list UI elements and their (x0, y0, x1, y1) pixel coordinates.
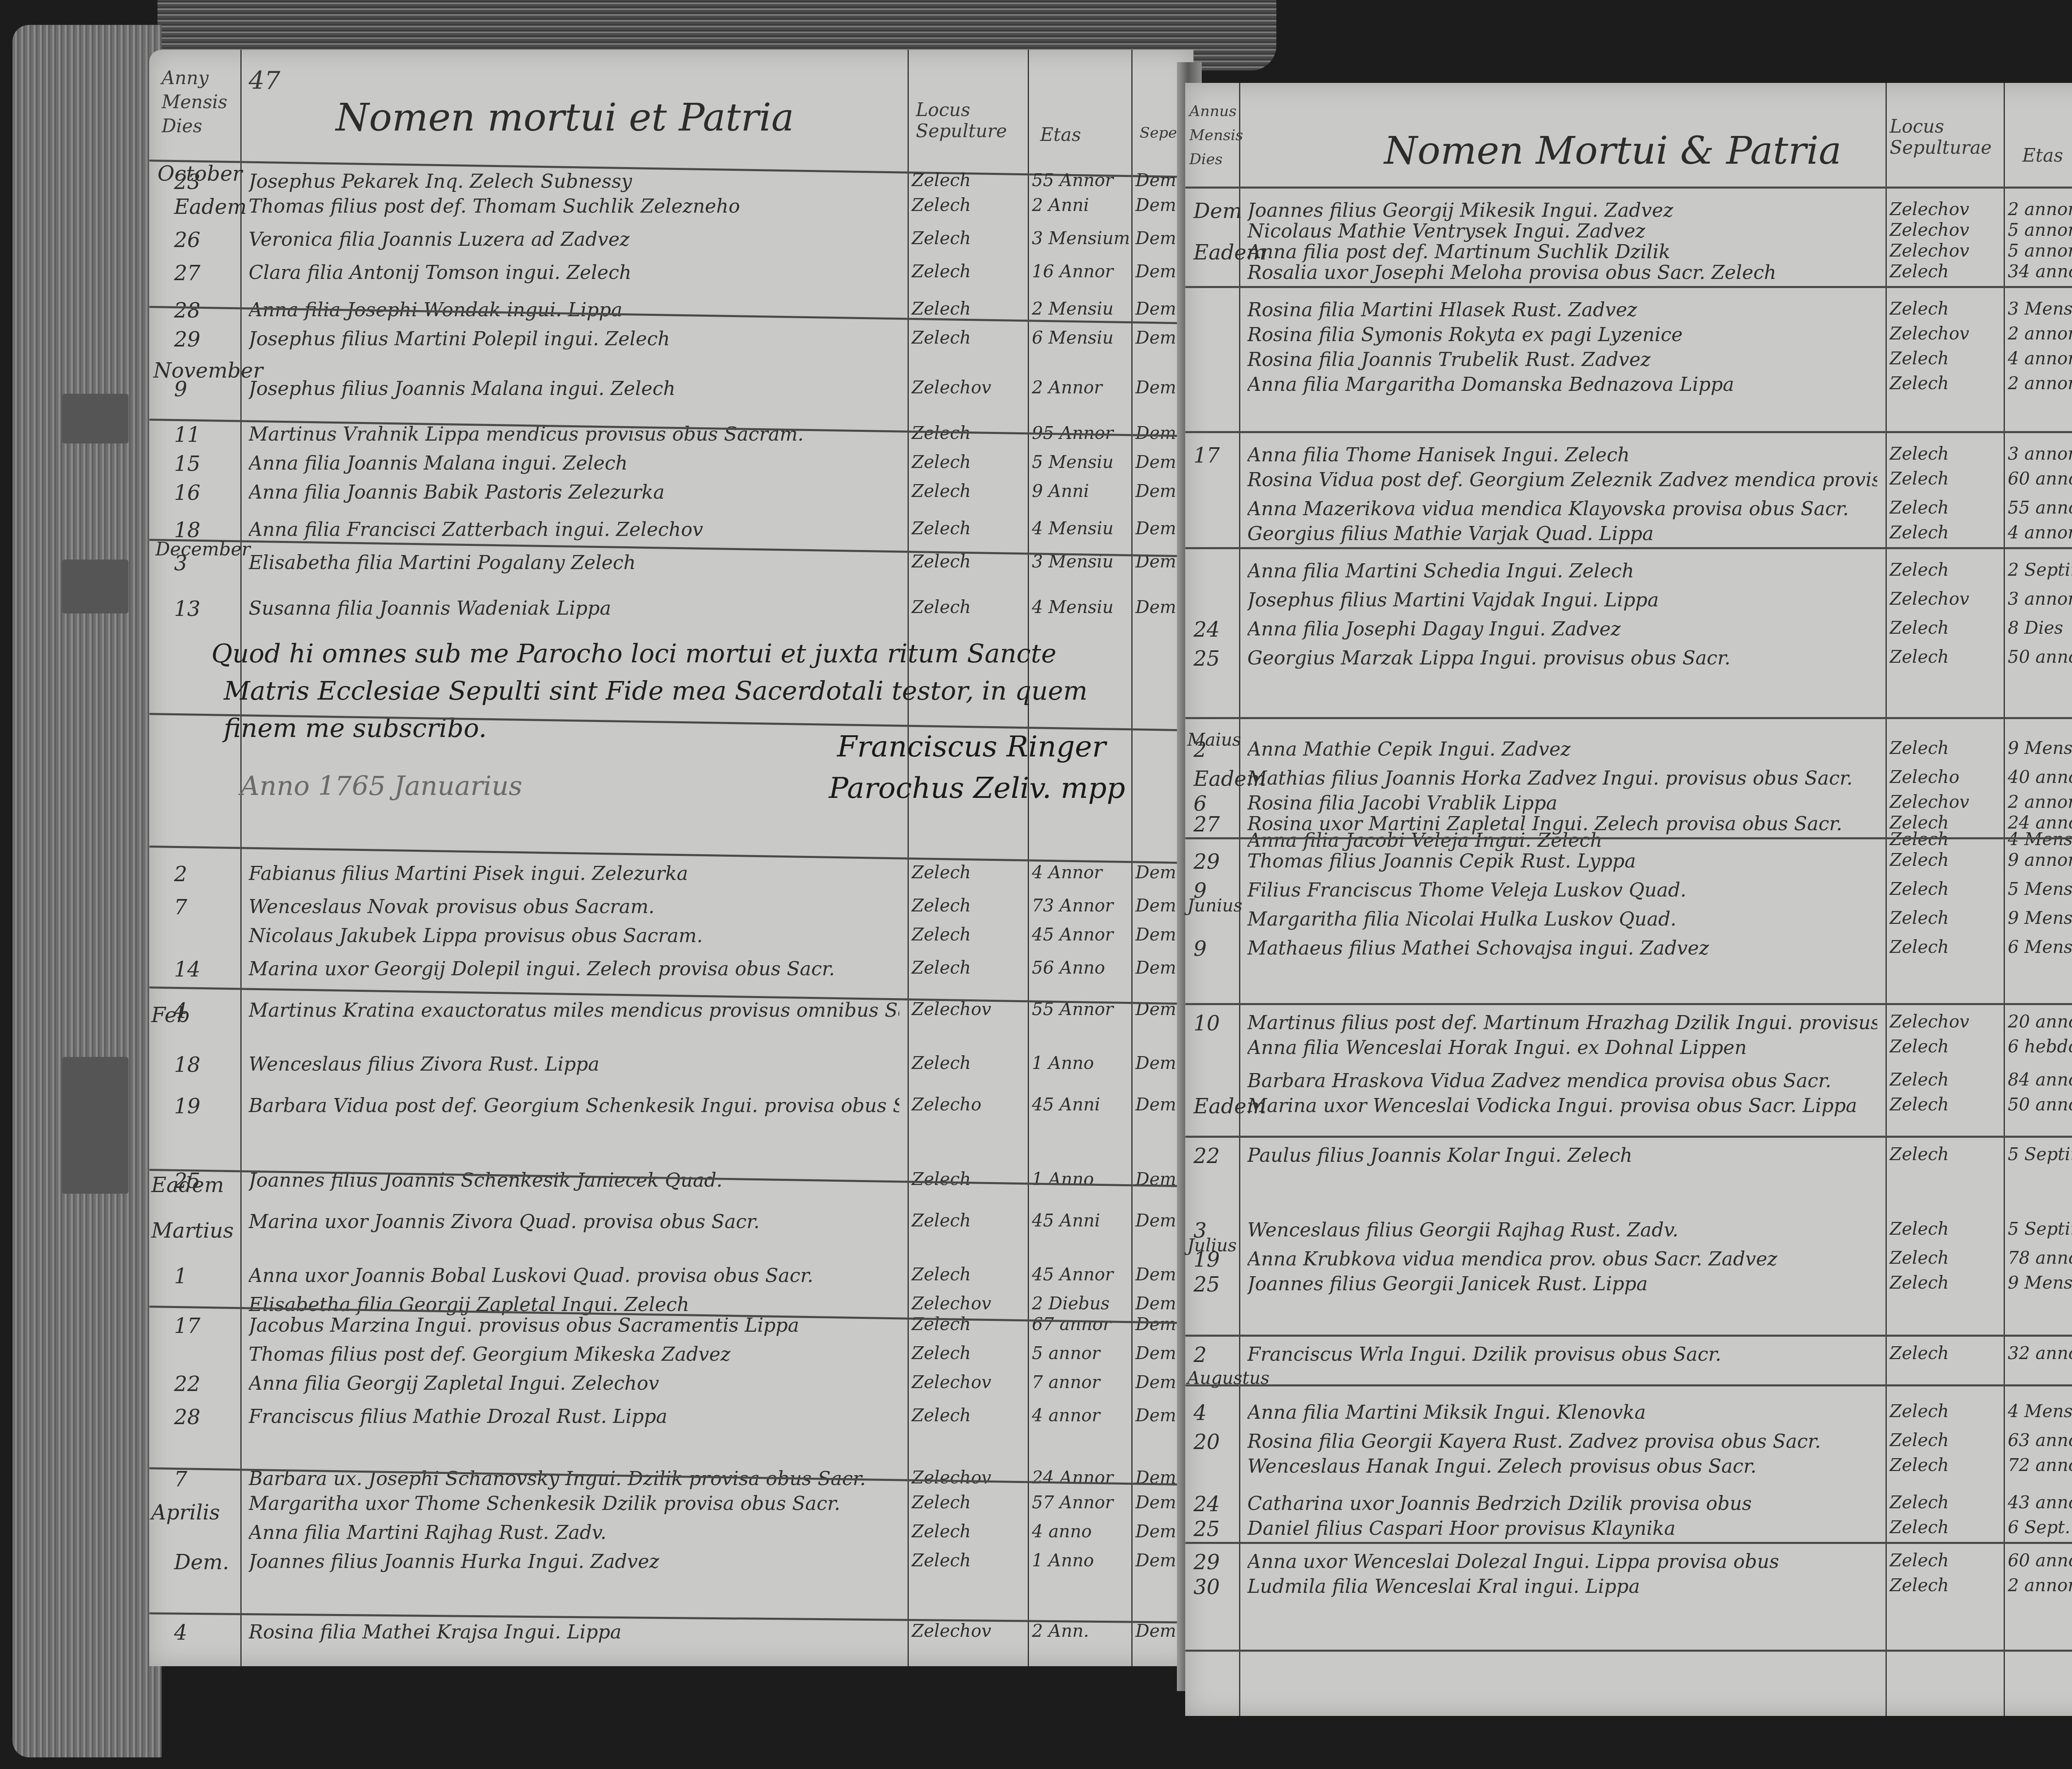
entry-age: 2 Mensiu (1032, 298, 1113, 319)
month-label: December (155, 539, 250, 560)
entry-name-and-origin: Anna uxor Wenceslai Dolezal Ingui. Lippa… (1247, 1550, 1779, 1573)
entry-burial-place: Zelech (912, 1314, 971, 1334)
entry-buried-by: Dem (1135, 261, 1176, 281)
entry-age: 5 Septim. (2008, 1219, 2072, 1239)
entry-name-and-origin: Rosina filia Symonis Rokyta ex pagi Lyze… (1247, 323, 1683, 346)
entry-day: 13 (174, 597, 201, 621)
entry-age: 60 annor (2008, 468, 2072, 489)
row-divider (1185, 1650, 2072, 1652)
entry-burial-place: Zelech (912, 597, 971, 617)
entry-name-and-origin: Marina uxor Wenceslai Vodicka Ingui. pro… (1247, 1094, 1857, 1117)
month-label: Eadem (151, 1173, 224, 1197)
entry-buried-by: Dem (1135, 1094, 1176, 1115)
entry-name-and-origin: Josephus Pekarek Inq. Zelech Subnessy (249, 170, 632, 192)
entry-age: 9 Mensium (2008, 738, 2072, 758)
entry-age: 67 annor (1032, 1314, 1111, 1334)
entry-burial-place: Zelech (912, 1521, 971, 1541)
entry-burial-place: Zelech (1890, 497, 1949, 518)
entry-burial-place: Zelech (912, 551, 971, 572)
entry-buried-by: Dem (1135, 1314, 1176, 1334)
header-day: Dies (162, 114, 228, 138)
entry-burial-place: Zelechov (912, 1467, 991, 1488)
entry-burial-place: Zelech (1890, 1430, 1949, 1450)
entry-burial-place: Zelech (1890, 1036, 1949, 1057)
entry-age: 1 Anno (1032, 1053, 1094, 1073)
entry-day: 15 (174, 452, 201, 476)
entry-name-and-origin: Veronica filia Joannis Luzera ad Zadvez (249, 228, 629, 250)
entry-age: 5 Mensiu (1032, 452, 1113, 472)
entry-buried-by: Dem (1135, 195, 1176, 215)
entry-age: 2 Diebus (1032, 1293, 1110, 1313)
entry-burial-place: Zelechov (1890, 199, 1969, 219)
entry-name-and-origin: Filius Franciscus Thome Veleja Luskov Qu… (1247, 879, 1686, 901)
priest-signature-title: Parochus Zeliv. mpp (829, 771, 1125, 805)
entry-age: 1 Anno (1032, 1169, 1094, 1189)
entry-name-and-origin: Nicolaus Jakubek Lippa provisus obus Sac… (249, 924, 703, 947)
entry-name-and-origin: Rosina filia Martini Hlasek Rust. Zadvez (1247, 298, 1637, 321)
entry-age: 2 Annor (1032, 377, 1102, 397)
entry-name-and-origin: Barbara Hraskova Vidua Zadvez mendica pr… (1247, 1069, 1831, 1092)
entry-day: 29 (1193, 1550, 1220, 1574)
year-heading: Anno 1765 Januarius (240, 771, 522, 802)
entry-day: 25 (1193, 1517, 1220, 1541)
entry-day: 1 (174, 1264, 187, 1288)
entry-day: 22 (1193, 1144, 1220, 1168)
entry-buried-by: Dem (1135, 1343, 1176, 1363)
entry-burial-place: Zelech (1890, 348, 1949, 368)
entry-name-and-origin: Anna filia Joannis Malana ingui. Zelech (249, 452, 628, 474)
entry-age: 45 Anni (1032, 1094, 1100, 1115)
entry-name-and-origin: Anna filia Joannis Babik Pastoris Zelezu… (249, 481, 665, 503)
entry-day: 17 (174, 1314, 201, 1338)
date-column-header: Anny Mensis Dies (162, 66, 228, 138)
date-column-header: Annus Mensis Dies (1189, 99, 1243, 172)
entry-name-and-origin: Franciscus filius Mathie Drozal Rust. Li… (249, 1405, 668, 1427)
entry-day: 14 (174, 957, 201, 981)
entry-age: 2 annorum (2008, 199, 2072, 219)
entry-age: 6 Sept. (2008, 1517, 2070, 1537)
entry-age: 32 annor (2008, 1343, 2072, 1363)
entry-day: 16 (174, 481, 201, 505)
page-tab-marker (62, 560, 128, 613)
entry-burial-place: Zelech (912, 1405, 971, 1425)
entry-burial-place: Zelech (912, 895, 971, 916)
entry-day: 2 (174, 862, 187, 886)
entry-age: 34 annor (2008, 261, 2072, 281)
entry-name-and-origin: Clara filia Antonij Tomson ingui. Zelech (249, 261, 632, 284)
month-label: Junius (1187, 895, 1242, 916)
page-number: 47 (249, 66, 280, 95)
page-tab-marker (62, 1057, 128, 1194)
right-page: Annus Mensis Dies Nomen Mortui & Patria … (1185, 83, 2072, 1716)
entry-age: 50 annor (2008, 1094, 2072, 1115)
entry-burial-place: Zelech (912, 518, 971, 538)
entry-age: 43 annor (2008, 1492, 2072, 1512)
entry-buried-by: Dem (1135, 1492, 1176, 1512)
entry-burial-place: Zelech (912, 924, 971, 945)
entry-age: 2 annor (2008, 792, 2072, 812)
entry-name-and-origin: Anna filia Margaritha Domanska Bednazova… (1247, 373, 1734, 395)
page-edges-left (12, 25, 162, 1757)
age-column-rule (1028, 50, 1029, 1666)
entry-burial-place: Zelech (912, 452, 971, 472)
entry-name-and-origin: Barbara Vidua post def. Georgium Schenke… (249, 1094, 899, 1117)
date-column-rule (240, 50, 242, 1666)
entry-name-and-origin: Wenceslaus filius Zivora Rust. Lippa (249, 1053, 600, 1075)
entry-age: 4 Mensiu (1032, 597, 1113, 617)
entry-burial-place: Zelech (1890, 1401, 1949, 1421)
entry-age: 3 Mensium (2008, 298, 2072, 319)
entry-name-and-origin: Ludmila filia Wenceslai Kral ingui. Lipp… (1247, 1575, 1640, 1597)
month-label: Martius (151, 1219, 234, 1243)
entry-buried-by: Dem (1135, 1372, 1176, 1392)
entry-name-and-origin: Marina uxor Joannis Zivora Quad. provisa… (249, 1210, 760, 1233)
entry-buried-by: Dem (1135, 1550, 1176, 1570)
entry-day: Dem. (174, 1550, 229, 1574)
entry-day: 29 (1193, 850, 1220, 874)
age-column-header: Etas (2022, 145, 2063, 166)
entry-day: 7 (174, 1467, 187, 1491)
place-column-rule (1886, 83, 1887, 1716)
entry-name-and-origin: Thomas filius post def. Thomam Suchlik Z… (249, 195, 740, 217)
entry-burial-place: Zelech (1890, 261, 1949, 281)
entry-burial-place: Zelech (912, 1343, 971, 1363)
entry-name-and-origin: Rosina filia Georgii Kayera Rust. Zadvez… (1247, 1430, 1821, 1452)
entry-burial-place: Zelech (912, 1264, 971, 1284)
entry-age: 7 annor (1032, 1372, 1100, 1392)
entry-day: 28 (174, 298, 201, 322)
entry-age: 2 annor (2008, 323, 2072, 344)
page-title: Nomen Mortui & Patria (1384, 128, 1842, 173)
entry-burial-place: Zelech (1890, 1144, 1949, 1164)
entry-name-and-origin: Thomas filius post def. Georgium Mikeska… (249, 1343, 731, 1365)
entry-age: 2 annor (2008, 1575, 2072, 1595)
entry-burial-place: Zelech (1890, 443, 1949, 464)
entry-name-and-origin: Rosalia uxor Josephi Meloha provisa obus… (1247, 261, 1776, 284)
entry-name-and-origin: Anna filia Thome Hanisek Ingui. Zelech (1247, 443, 1630, 466)
header-year: Anny (162, 66, 228, 90)
entry-burial-place: Zelech (912, 1210, 971, 1231)
place-column-header: Locus Sepulture (916, 99, 1024, 142)
entry-burial-place: Zelech (912, 327, 971, 348)
entry-day: 25 (1193, 647, 1220, 671)
entry-buried-by: Dem (1135, 1210, 1176, 1231)
entry-day: 25 (1193, 1272, 1220, 1296)
entry-age: 24 Annor (1032, 1467, 1113, 1488)
entry-burial-place: Zelech (1890, 1219, 1949, 1239)
entry-name-and-origin: Rosina filia Mathei Krajsa Ingui. Lippa (249, 1621, 622, 1643)
register-book-spread: Anny Mensis Dies 47 Nomen mortui et Patr… (0, 0, 2072, 1769)
entry-age: 63 annor (2008, 1430, 2072, 1450)
entry-age: 45 Annor (1032, 924, 1113, 945)
entry-buried-by: Dem (1135, 862, 1176, 882)
entry-day: 11 (174, 423, 201, 447)
entry-name-and-origin: Georgius filius Mathie Varjak Quad. Lipp… (1247, 522, 1653, 545)
entry-name-and-origin: Marina uxor Georgij Dolepil ingui. Zelec… (249, 957, 835, 980)
entry-burial-place: Zelech (912, 261, 971, 281)
entry-burial-place: Zelech (1890, 618, 1949, 638)
entry-day: 10 (1193, 1011, 1220, 1035)
entry-name-and-origin: Daniel filius Caspari Hoor provisus Klay… (1247, 1517, 1675, 1539)
entry-burial-place: Zelech (912, 1053, 971, 1073)
entry-name-and-origin: Thomas filius Joannis Cepik Rust. Lyppa (1247, 850, 1636, 872)
certification-line-1: Quod hi omnes sub me Parocho loci mortui… (211, 638, 1056, 669)
entry-burial-place: Zelech (1890, 522, 1949, 543)
entry-age: 5 annor (1032, 1343, 1100, 1363)
entry-burial-place: Zelechov (1890, 1011, 1969, 1032)
entry-name-and-origin: Anna filia post def. Martinum Suchlik Dz… (1247, 240, 1670, 263)
entry-age: 16 Annor (1032, 261, 1113, 281)
entry-burial-place: Zelech (1890, 1455, 1949, 1475)
entry-burial-place: Zelechov (912, 1293, 991, 1313)
entry-buried-by: Dem (1135, 518, 1176, 538)
entry-name-and-origin: Anna Mazerikova vidua mendica Klayovska … (1247, 497, 1849, 520)
entry-name-and-origin: Josephus filius Martini Polepil ingui. Z… (249, 327, 670, 350)
entry-age: 3 annor (2008, 443, 2072, 464)
entry-burial-place: Zelechov (1890, 589, 1969, 609)
entry-age: 4 Mensiu (1032, 518, 1113, 538)
entry-name-and-origin: Anna filia Martini Rajhag Rust. Zadv. (249, 1521, 606, 1544)
entry-name-and-origin: Anna filia Georgij Zapletal Ingui. Zelec… (249, 1372, 659, 1394)
entry-age: 8 Dies (2008, 618, 2063, 638)
entry-burial-place: Zelech (912, 1550, 971, 1570)
entry-burial-place: Zelech (1890, 560, 1949, 580)
entry-burial-place: Zelech (1890, 1069, 1949, 1090)
entry-name-and-origin: Anna Mathie Cepik Ingui. Zadvez (1247, 738, 1571, 760)
entry-name-and-origin: Margaritha uxor Thome Schenkesik Dzilik … (249, 1492, 840, 1515)
entry-day: 22 (174, 1372, 201, 1396)
entry-burial-place: Zelech (1890, 647, 1949, 667)
entry-burial-place: Zelech (912, 170, 971, 190)
entry-buried-by: Dem (1135, 298, 1176, 319)
row-divider (1185, 717, 2072, 719)
header-month: Mensis (162, 90, 228, 114)
header-day: Dies (1189, 148, 1243, 172)
entry-name-and-origin: Jacobus Marzina Ingui. provisus obus Sac… (249, 1314, 799, 1336)
entry-name-and-origin: Joannes filius Georgij Mikesik Ingui. Za… (1247, 199, 1673, 221)
entry-buried-by: Dem (1135, 170, 1176, 190)
row-divider (1185, 1335, 2072, 1337)
entry-burial-place: Zelech (1890, 850, 1949, 870)
left-page: Anny Mensis Dies 47 Nomen mortui et Patr… (149, 50, 1193, 1666)
entry-name-and-origin: Rosina filia Joannis Trubelik Rust. Zadv… (1247, 348, 1651, 371)
row-divider (1185, 547, 2072, 549)
entry-day: 17 (1193, 443, 1220, 468)
entry-age: 60 annor (2008, 1550, 2072, 1570)
entry-age: 45 Anni (1032, 1210, 1100, 1231)
header-year: Annus (1189, 99, 1243, 124)
row-divider (1185, 1136, 2072, 1138)
entry-buried-by: Dem (1135, 481, 1176, 501)
entry-burial-place: Zelech (912, 195, 971, 215)
entry-age: 55 Annor (1032, 170, 1113, 190)
entry-burial-place: Zelech (1890, 1550, 1949, 1570)
entry-age: 50 annor (2008, 647, 2072, 667)
entry-day: 24 (1193, 1492, 1220, 1516)
entry-age: 78 annor (2008, 1248, 2072, 1268)
row-divider (149, 846, 1189, 864)
entry-age: 6 Mensiu (1032, 327, 1113, 348)
entry-name-and-origin: Rosina filia Jacobi Vrablik Lippa (1247, 792, 1557, 814)
entry-burial-place: Zelechov (912, 999, 991, 1019)
entry-name-and-origin: Anna filia Wenceslai Horak Ingui. ex Doh… (1247, 1036, 1747, 1059)
entry-age: 3 annor (2008, 589, 2072, 609)
entry-burial-place: Zelech (1890, 879, 1949, 899)
priest-signature-name: Franciscus Ringer (837, 729, 1106, 763)
entry-age: 9 Anni (1032, 481, 1089, 501)
entry-age: 57 Annor (1032, 1492, 1113, 1512)
entry-age: 45 Annor (1032, 1264, 1113, 1284)
month-label: November (153, 359, 263, 383)
entry-burial-place: Zelech (1890, 937, 1949, 957)
entry-age: 40 annor (2008, 767, 2072, 787)
entry-day: 26 (174, 228, 201, 252)
row-divider (1185, 286, 2072, 288)
entry-age: 73 Annor (1032, 895, 1113, 916)
entry-day: 27 (174, 261, 201, 285)
entry-age: 6 hebdom. (2008, 1036, 2072, 1057)
month-label: Julius (1187, 1235, 1237, 1255)
page-tab-marker (62, 394, 128, 443)
entry-age: 4 annor (2008, 522, 2072, 543)
row-divider (1185, 1003, 2072, 1005)
page-title: Nomen mortui et Patria (336, 95, 794, 140)
entry-age: 1 Anno (1032, 1550, 1094, 1570)
entry-age: 2 Septimanarum (2008, 560, 2072, 580)
entry-age: 4 annor (2008, 348, 2072, 368)
entry-day: 30 (1193, 1575, 1220, 1599)
entry-day: 28 (174, 1405, 201, 1429)
entry-buried-by: Dem (1135, 1521, 1176, 1541)
entry-age: 6 Mensium (2008, 937, 2072, 957)
certification-line-2: Matris Ecclesiae Sepulti sint Fide mea S… (224, 676, 1087, 706)
entry-name-and-origin: Margaritha filia Nicolai Hulka Luskov Qu… (1247, 908, 1676, 930)
entry-buried-by: Dem (1135, 1053, 1176, 1073)
entry-buried-by: Dem (1135, 423, 1176, 443)
entry-age: 4 anno (1032, 1521, 1092, 1541)
entry-name-and-origin: Anna filia Josephi Dagay Ingui. Zadvez (1247, 618, 1621, 640)
entry-burial-place: Zelechov (1890, 240, 1969, 261)
entry-day: Eadem (174, 195, 247, 219)
entry-name-and-origin: Josephus filius Joannis Malana ingui. Ze… (249, 377, 675, 400)
entry-name-and-origin: Susanna filia Joannis Wadeniak Lippa (249, 597, 611, 619)
entry-burial-place: Zelecho (1890, 767, 1959, 787)
entry-age: 5 annor (2008, 240, 2072, 261)
entry-day: 23 (174, 170, 201, 194)
entry-day: 9 (1193, 937, 1207, 961)
entry-buried-by: Dem (1135, 1405, 1176, 1425)
entry-burial-place: Zelech (912, 957, 971, 978)
entry-burial-place: Zelecho (912, 1094, 981, 1115)
entry-name-and-origin: Anna filia Martini Miksik Ingui. Klenovk… (1247, 1401, 1646, 1423)
entry-day: 7 (174, 895, 187, 919)
entry-name-and-origin: Elisabetha filia Martini Pogalany Zelech (249, 551, 636, 574)
place-column-header: Locus Sepulturae (1890, 116, 1997, 158)
entry-age: 9 Mensium (2008, 1272, 2072, 1293)
entry-burial-place: Zelechov (1890, 323, 1969, 344)
header-divider (1185, 187, 2072, 189)
entry-day: 20 (1193, 1430, 1220, 1454)
month-label: Feb (151, 1003, 190, 1027)
entry-age: 20 annor (2008, 1011, 2072, 1032)
entry-burial-place: Zelechov (1890, 792, 1969, 812)
entry-age: 5 Mensium (2008, 879, 2072, 899)
entry-burial-place: Zelech (912, 298, 971, 319)
entry-day: 27 (1193, 812, 1220, 836)
entry-name-and-origin: Nicolaus Mathie Ventrysek Ingui. Zadvez (1247, 220, 1645, 242)
entry-day: 4 (1193, 1401, 1207, 1425)
entry-age: 72 annor (2008, 1455, 2072, 1475)
entry-age: 2 Anni (1032, 195, 1089, 215)
entry-burial-place: Zelechov (912, 1372, 991, 1392)
entry-burial-place: Zelech (1890, 1492, 1949, 1512)
entry-buried-by: Dem (1135, 1293, 1176, 1313)
entry-burial-place: Zelech (1890, 1248, 1949, 1268)
entry-buried-by: Dem (1135, 957, 1176, 978)
entry-name-and-origin: Wenceslaus Novak provisus obus Sacram. (249, 895, 654, 918)
entry-buried-by: Dem (1135, 597, 1176, 617)
row-divider (1185, 1542, 2072, 1544)
entry-buried-by: Dem (1135, 1264, 1176, 1284)
entry-name-and-origin: Georgius Marzak Lippa Ingui. provisus ob… (1247, 647, 1731, 669)
entry-burial-place: Zelechov (1890, 220, 1969, 240)
entry-burial-place: Zelech (1890, 1094, 1949, 1115)
entry-day: 29 (174, 327, 201, 351)
entry-buried-by: Dem (1135, 1621, 1176, 1641)
entry-burial-place: Zelech (1890, 738, 1949, 758)
entry-burial-place: Zelechov (912, 377, 991, 397)
entry-day: 19 (174, 1094, 201, 1118)
row-divider (1185, 1384, 2072, 1386)
entry-name-and-origin: Josephus filius Martini Vajdak Ingui. Li… (1247, 589, 1659, 611)
entry-burial-place: Zelech (1890, 1517, 1949, 1537)
entry-buried-by: Dem (1135, 452, 1176, 472)
entry-age: 84 annor (2008, 1069, 2072, 1090)
entry-name-and-origin: Mathias filius Joannis Horka Zadvez Ingu… (1247, 767, 1853, 789)
entry-burial-place: Zelech (1890, 373, 1949, 393)
age-column-rule (2004, 83, 2005, 1716)
entry-name-and-origin: Anna Krubkova vidua mendica prov. obus S… (1247, 1248, 1777, 1270)
entry-day: 18 (174, 1053, 201, 1077)
entry-buried-by: Dem (1135, 895, 1176, 916)
entry-name-and-origin: Martinus filius post def. Martinum Hrazh… (1247, 1011, 1877, 1034)
entry-name-and-origin: Anna filia Francisci Zatterbach ingui. Z… (249, 518, 703, 540)
entry-name-and-origin: Anna filia Jacobi Veleja Ingui. Zelech (1247, 829, 1602, 851)
month-label: Aprilis (151, 1500, 220, 1524)
entry-name-and-origin: Paulus filius Joannis Kolar Ingui. Zelec… (1247, 1144, 1632, 1166)
entry-burial-place: Zelech (912, 481, 971, 501)
entry-age: 9 Mensium (2008, 908, 2072, 928)
entry-name-and-origin: Anna filia Martini Schedia Ingui. Zelech (1247, 560, 1634, 582)
entry-burial-place: Zelech (1890, 1272, 1949, 1293)
entry-day: 24 (1193, 618, 1220, 642)
entry-age: 2 Ann. (1032, 1621, 1089, 1641)
entry-buried-by: Dem (1135, 228, 1176, 248)
entry-name-and-origin: Rosina Vidua post def. Georgium Zeleznik… (1247, 468, 1877, 491)
row-divider (1185, 837, 2072, 839)
entry-age: 56 Anno (1032, 957, 1105, 978)
entry-age: 4 Annor (1032, 862, 1102, 882)
entry-burial-place: Zelech (1890, 468, 1949, 489)
entry-burial-place: Zelech (1890, 1575, 1949, 1595)
entry-name-and-origin: Joannes filius Georgii Janicek Rust. Lip… (1247, 1272, 1648, 1295)
entry-name-and-origin: Joannes filius Joannis Hurka Ingui. Zadv… (249, 1550, 659, 1573)
entry-burial-place: Zelechov (912, 1621, 991, 1641)
entry-name-and-origin: Franciscus Wrla Ingui. Dzilik provisus o… (1247, 1343, 1721, 1365)
entry-name-and-origin: Martinus Kratina exauctoratus miles mend… (249, 999, 899, 1021)
entry-name-and-origin: Mathaeus filius Mathei Schovajsa ingui. … (1247, 937, 1709, 959)
entry-burial-place: Zelech (912, 862, 971, 882)
